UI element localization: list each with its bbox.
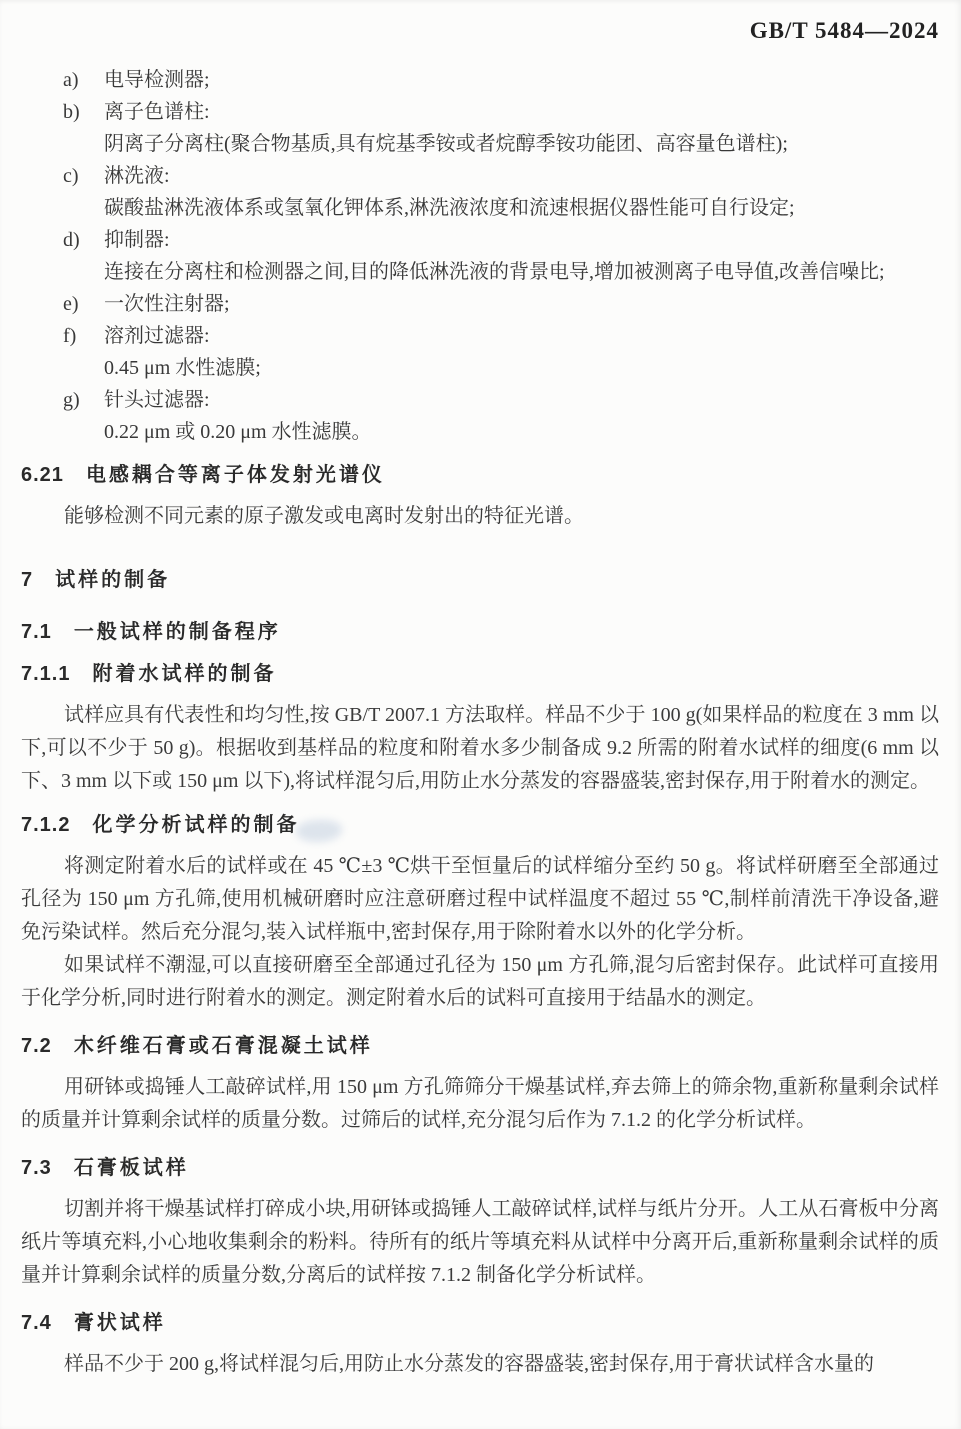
list-item-letter: d): [63, 224, 104, 288]
section-title: 石膏板试样: [74, 1157, 189, 1179]
list-item-title: 抑制器:: [104, 224, 939, 256]
section-title: 膏状试样: [74, 1312, 166, 1334]
apparatus-list: a) 电导检测器; b) 离子色谱柱: 阴离子分离柱(聚合物基质,具有烷基季铵或…: [63, 64, 939, 448]
section-title: 附着水试样的制备: [92, 663, 276, 685]
chapter-heading-7: 7试样的制备: [21, 567, 939, 593]
list-item-letter: g): [63, 384, 104, 448]
list-item-detail: 0.22 μm 或 0.20 μm 水性滤膜。: [104, 416, 939, 448]
section-title: 化学分析试样的制备: [92, 814, 299, 836]
section-heading-7-2: 7.2木纤维石膏或石膏混凝土试样: [21, 1033, 939, 1059]
section-number: 7.3: [21, 1155, 52, 1181]
list-item: f) 溶剂过滤器: 0.45 μm 水性滤膜;: [63, 320, 939, 384]
list-item-letter: c): [63, 160, 104, 224]
document-page: GB/T 5484—2024 a) 电导检测器; b) 离子色谱柱: 阴离子分离…: [0, 0, 961, 1429]
list-item-title: 电导检测器;: [104, 64, 939, 96]
section-heading-7-1: 7.1一般试样的制备程序: [21, 619, 939, 645]
section-title: 木纤维石膏或石膏混凝土试样: [74, 1035, 373, 1057]
paragraph: 将测定附着水后的试样或在 45 ℃±3 ℃烘干至恒量后的试样缩分至约 50 g。…: [21, 850, 939, 949]
section-title: 电感耦合等离子体发射光谱仪: [86, 464, 385, 486]
list-item-title: 溶剂过滤器:: [104, 320, 939, 352]
paragraph: 能够检测不同元素的原子激发或电离时发射出的特征光谱。: [21, 500, 939, 533]
list-item-title: 一次性注射器;: [104, 288, 939, 320]
section-heading-7-1-1: 7.1.1附着水试样的制备: [21, 661, 939, 687]
paragraph: 样品不少于 200 g,将试样混匀后,用防止水分蒸发的容器盛装,密封保存,用于膏…: [21, 1348, 939, 1381]
list-item: a) 电导检测器;: [63, 64, 939, 96]
section-number: 7.1: [21, 619, 52, 645]
section-heading-7-3: 7.3石膏板试样: [21, 1155, 939, 1181]
list-item-letter: e): [63, 288, 104, 320]
list-item-detail: 连接在分离柱和检测器之间,目的降低淋洗液的背景电导,增加被测离子电导值,改善信噪…: [104, 256, 939, 288]
list-item-detail: 阴离子分离柱(聚合物基质,具有烷基季铵或者烷醇季铵功能团、高容量色谱柱);: [104, 128, 939, 160]
paragraph: 如果试样不潮湿,可以直接研磨至全部通过孔径为 150 μm 方孔筛,混匀后密封保…: [21, 949, 939, 1015]
list-item: d) 抑制器: 连接在分离柱和检测器之间,目的降低淋洗液的背景电导,增加被测离子…: [63, 224, 939, 288]
section-number: 7.1.1: [21, 661, 70, 687]
list-item-letter: a): [63, 64, 104, 96]
list-item-letter: b): [63, 96, 104, 160]
section-heading-6-21: 6.21电感耦合等离子体发射光谱仪: [21, 462, 939, 488]
list-item: e) 一次性注射器;: [63, 288, 939, 320]
list-item-title: 针头过滤器:: [104, 384, 939, 416]
list-item: g) 针头过滤器: 0.22 μm 或 0.20 μm 水性滤膜。: [63, 384, 939, 448]
section-title: 一般试样的制备程序: [74, 621, 281, 643]
paragraph: 用研钵或捣锤人工敲碎试样,用 150 μm 方孔筛筛分干燥基试样,弃去筛上的筛余…: [21, 1071, 939, 1137]
list-item: b) 离子色谱柱: 阴离子分离柱(聚合物基质,具有烷基季铵或者烷醇季铵功能团、高…: [63, 96, 939, 160]
paragraph: 切割并将干燥基试样打碎成小块,用研钵或捣锤人工敲碎试样,试样与纸片分开。人工从石…: [21, 1193, 939, 1292]
page-content: a) 电导检测器; b) 离子色谱柱: 阴离子分离柱(聚合物基质,具有烷基季铵或…: [0, 0, 961, 1381]
list-item-title: 离子色谱柱:: [104, 96, 939, 128]
section-number: 7.4: [21, 1310, 52, 1336]
section-number: 6.21: [21, 462, 64, 488]
list-item-detail: 0.45 μm 水性滤膜;: [104, 352, 939, 384]
section-title: 试样的制备: [55, 569, 170, 591]
list-item-detail: 碳酸盐淋洗液体系或氢氧化钾体系,淋洗液浓度和流速根据仪器性能可自行设定;: [104, 192, 939, 224]
section-number: 7.2: [21, 1033, 52, 1059]
section-number: 7: [21, 567, 33, 593]
list-item-title: 淋洗液:: [104, 160, 939, 192]
section-heading-7-4: 7.4膏状试样: [21, 1310, 939, 1336]
section-number: 7.1.2: [21, 812, 70, 838]
list-item: c) 淋洗液: 碳酸盐淋洗液体系或氢氧化钾体系,淋洗液浓度和流速根据仪器性能可自…: [63, 160, 939, 224]
section-heading-7-1-2: 7.1.2化学分析试样的制备: [21, 812, 939, 838]
paragraph: 试样应具有代表性和均匀性,按 GB/T 2007.1 方法取样。样品不少于 10…: [21, 699, 939, 798]
list-item-letter: f): [63, 320, 104, 384]
